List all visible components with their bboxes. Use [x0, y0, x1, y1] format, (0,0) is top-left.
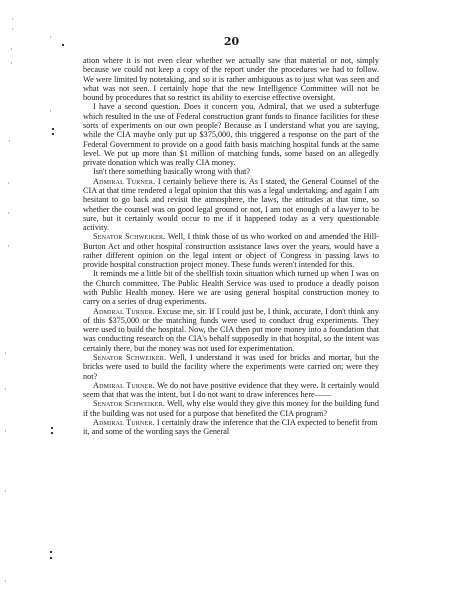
paragraph-speaker: Admiral Turner.: [93, 307, 155, 316]
paragraph-2: I have a second question. Does it concer…: [83, 102, 379, 167]
paragraph-speaker: Senator Schweiker.: [93, 232, 165, 241]
paragraph-6: It reminds me a little bit of the shellf…: [83, 269, 379, 306]
text-column: ation where it is not even clear whether…: [83, 56, 379, 437]
paragraph-4: Admiral Turner. I certainly believe ther…: [83, 177, 379, 233]
paragraph-speaker: Senator Schweiker.: [93, 353, 166, 362]
paragraph-speaker: Admiral Turner.: [93, 418, 155, 427]
paragraph-9: Admiral Turner. We do not have positive …: [83, 381, 379, 400]
scan-margin-artifacts: [0, 0, 60, 599]
page-number: 20: [0, 35, 463, 48]
paragraph-text: It reminds me a little bit of the shellf…: [83, 269, 379, 306]
paragraph-text: ation where it is not even clear whether…: [83, 56, 379, 102]
paragraph-text: I have a second question. Does it concer…: [83, 102, 379, 167]
paragraph-7: Admiral Turner. Excuse me, sir. If I cou…: [83, 307, 379, 353]
paragraph-3: Isn't there something basically wrong wi…: [83, 167, 379, 176]
paragraph-text: Isn't there something basically wrong wi…: [93, 167, 250, 176]
paragraph-1: ation where it is not even clear whether…: [83, 56, 379, 102]
paragraph-8: Senator Schweiker. Well, I understand it…: [83, 353, 379, 381]
paragraph-11: Admiral Turner. I certainly draw the inf…: [83, 418, 379, 437]
paragraph-speaker: Admiral Turner.: [93, 381, 155, 390]
paragraph-10: Senator Schweiker. Well, why else would …: [83, 399, 379, 418]
paragraph-speaker: Senator Schweiker.: [93, 399, 165, 408]
paragraph-5: Senator Schweiker. Well, I think those o…: [83, 232, 379, 269]
paragraph-speaker: Admiral Turner.: [93, 177, 155, 186]
paragraph-text: I certainly believe there is. As I state…: [83, 177, 379, 232]
